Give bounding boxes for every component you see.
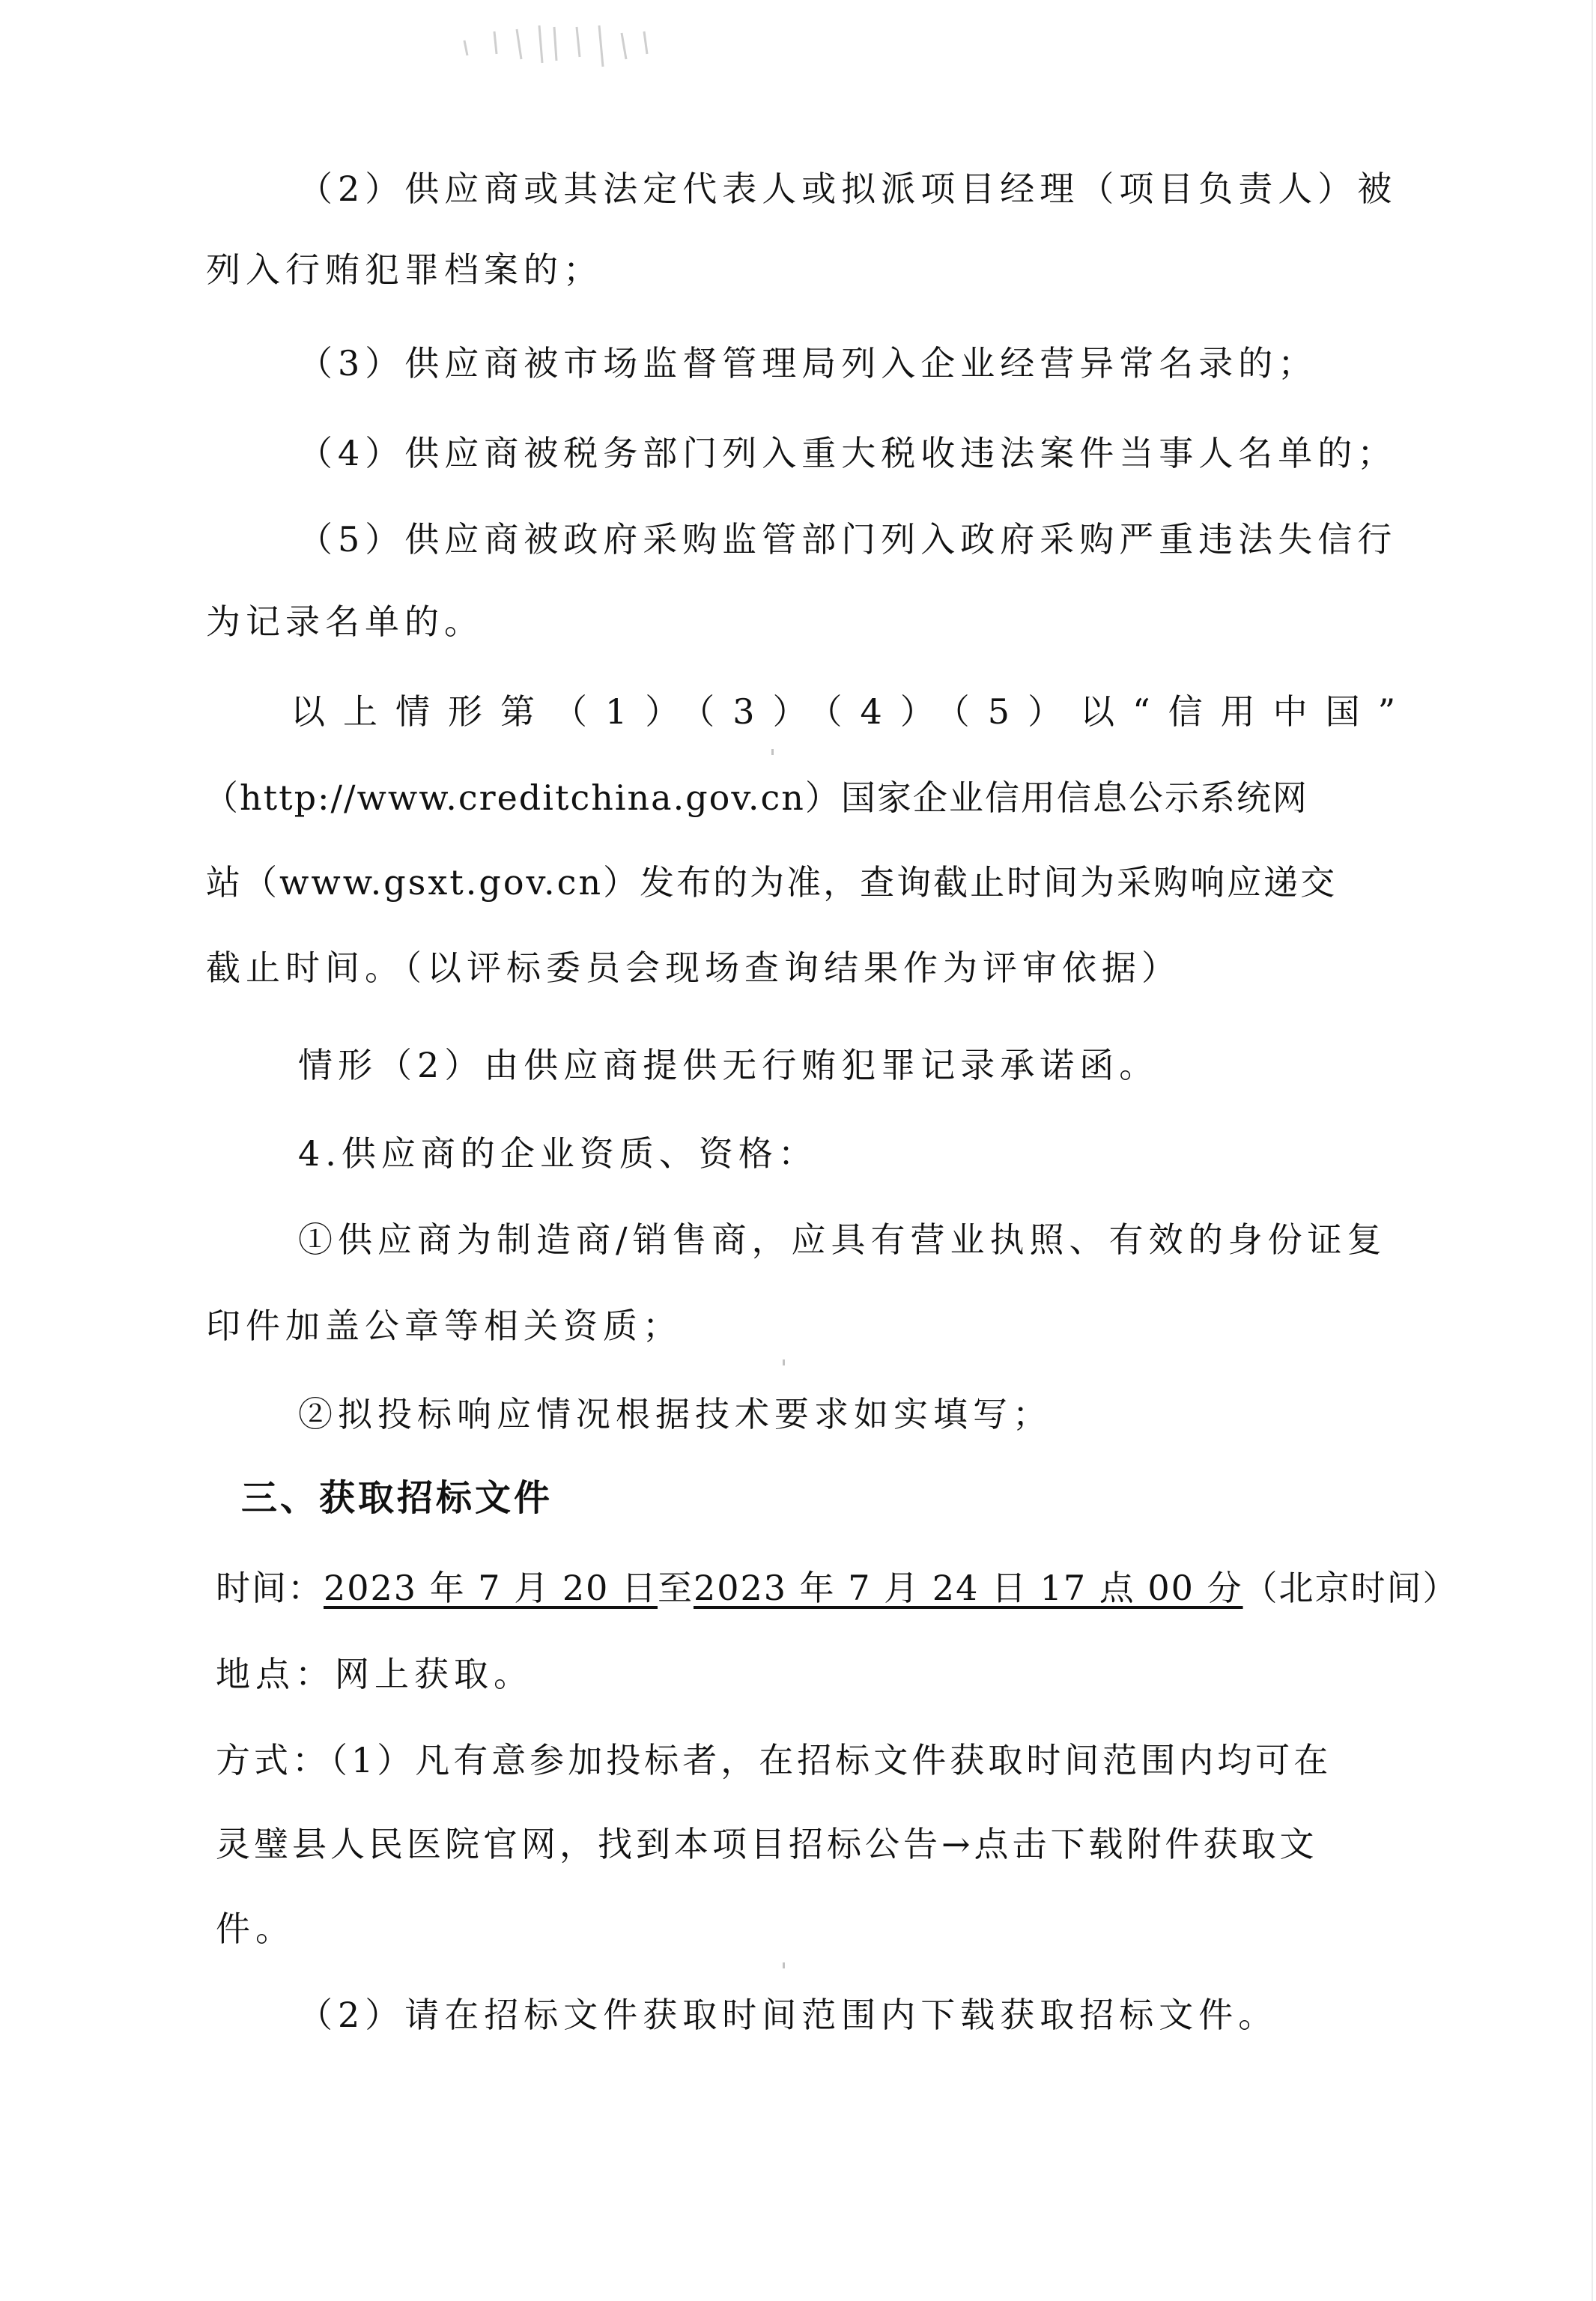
verification-note-line1: 以上情形第（1）（3）（4）（5）以“信用中国” [291, 689, 1413, 734]
time-end-date: 2023 年 7 月 24 日 17 点 00 分 [694, 1568, 1243, 1608]
acquisition-method-line1: 方式：（1）凡有意参加投标者，在招标文件获取时间范围内均可在 [216, 1738, 1332, 1783]
acquisition-note-2: （2）请在招标文件获取时间范围内下载获取招标文件。 [298, 1992, 1278, 2037]
time-label: 时间： [216, 1568, 324, 1608]
case-2-note: 情形（2）由供应商提供无行贿犯罪记录承诺函。 [298, 1043, 1159, 1088]
acquisition-time: 时间：2023 年 7 月 20 日至2023 年 7 月 24 日 17 点 … [216, 1565, 1459, 1610]
qualification-item-1-line2: 印件加盖公章等相关资质； [206, 1303, 682, 1348]
time-zone: （北京时间） [1243, 1568, 1459, 1608]
verification-note-line2: （http://www.creditchina.gov.cn）国家企业信用信息公… [204, 775, 1308, 820]
qualification-item-2: ②拟投标响应情况根据技术要求如实填写； [298, 1392, 1052, 1437]
scan-speck [783, 1962, 785, 1968]
scan-speck [783, 1359, 785, 1365]
condition-2-line1: （2）供应商或其法定代表人或拟派项目经理（项目负责人）被 [298, 166, 1397, 211]
acquisition-method-line2: 灵璧县人民医院官网，找到本项目招标公告→点击下载附件获取文 [216, 1822, 1318, 1867]
verification-note-line4: 截止时间。（以评标委员会现场查询结果作为评审依据） [206, 945, 1181, 990]
condition-4: （4）供应商被税务部门列入重大税收违法案件当事人名单的； [298, 431, 1397, 476]
qualification-item-1-line1: ①供应商为制造商/销售商，应具有营业执照、有效的身份证复 [298, 1217, 1387, 1262]
condition-5-line2: 为记录名单的。 [206, 599, 484, 644]
scan-speck [771, 749, 774, 755]
qualification-title: 4.供应商的企业资质、资格： [298, 1131, 818, 1176]
time-connector: 至 [658, 1568, 694, 1608]
acquisition-location: 地点：网上获取。 [216, 1652, 533, 1697]
handwritten-scribble-mark [449, 10, 869, 70]
verification-note-line3: 站（www.gsxt.gov.cn）发布的为准，查询截止时间为采购响应递交 [206, 860, 1337, 905]
condition-2-line2: 列入行贿犯罪档案的； [206, 247, 603, 292]
condition-5-line1: （5）供应商被政府采购监管部门列入政府采购严重违法失信行 [298, 517, 1397, 562]
section-three-heading: 三、获取招标文件 [241, 1476, 553, 1521]
condition-3: （3）供应商被市场监督管理局列入企业经营异常名录的； [298, 341, 1317, 386]
scan-edge-shadow [1592, 0, 1593, 2301]
scanned-document-page: （2）供应商或其法定代表人或拟派项目经理（项目负责人）被 列入行贿犯罪档案的； … [0, 0, 1596, 2301]
acquisition-method-line3: 件。 [216, 1906, 295, 1951]
time-start-date: 2023 年 7 月 20 日 [324, 1568, 658, 1608]
